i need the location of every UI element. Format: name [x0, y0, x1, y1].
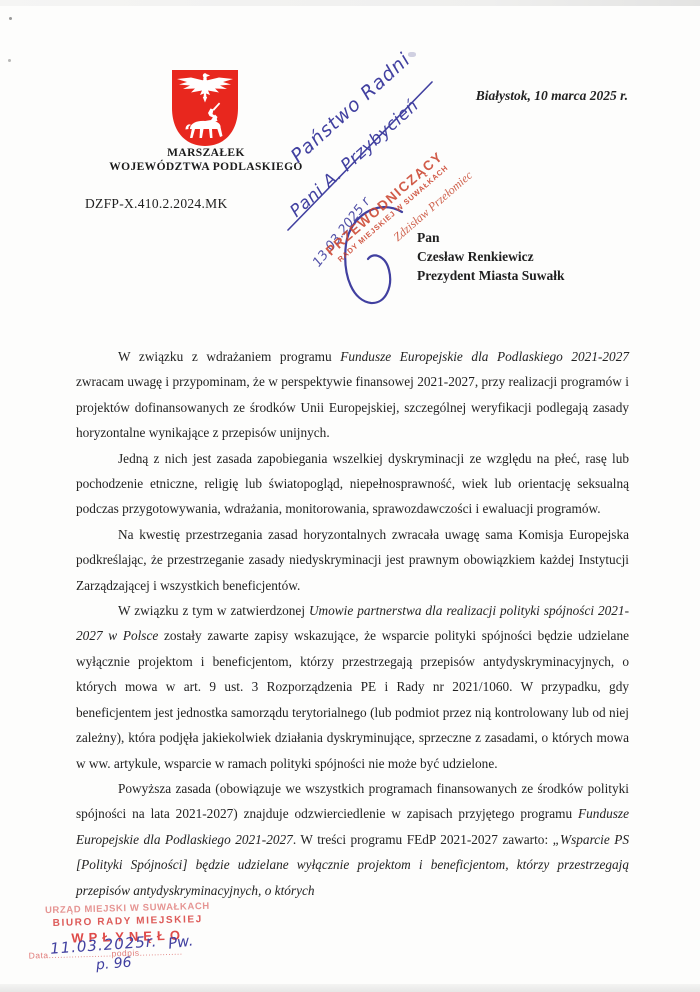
letter-body: W związku z wdrażaniem programu Fundusze…: [76, 344, 629, 903]
body-text: zostały zawarte zapisy wskazujące, że ws…: [76, 628, 629, 770]
receipt-data-label: Data: [28, 950, 48, 961]
addressee-block: Pan Czesław Renkiewicz Prezydent Miasta …: [417, 228, 565, 285]
addressee-salutation: Pan: [417, 228, 565, 247]
scan-edge-top: [0, 0, 700, 6]
body-text: Jedną z nich jest zasada zapobiegania ws…: [76, 451, 629, 517]
addressee-title: Prezydent Miasta Suwałk: [417, 266, 565, 285]
scan-speck: [408, 52, 416, 57]
place-and-date: Białystok, 10 marca 2025 r.: [476, 88, 628, 104]
body-text: zwracam uwagę i przypominam, że w perspe…: [76, 374, 629, 440]
body-paragraph: Jedną z nich jest zasada zapobiegania ws…: [76, 446, 629, 522]
body-paragraph: W związku z wdrażaniem programu Fundusze…: [76, 344, 629, 446]
body-text: Powyższa zasada (obowiązuje we wszystkic…: [76, 781, 629, 821]
reference-number: DZFP-X.410.2.2024.MK: [85, 196, 228, 212]
body-text: . W treści programu FEdP 2021-2027 zawar…: [293, 832, 553, 847]
sender-region: WOJEWÓDZTWA PODLASKIEGO: [106, 161, 306, 175]
addressee-name: Czesław Renkiewicz: [417, 247, 565, 266]
scan-speck: [9, 17, 12, 20]
body-text-italic: Fundusze Europejskie dla Podlaskiego 202…: [340, 349, 629, 364]
podlaskie-coat-of-arms-icon: [170, 68, 240, 148]
body-paragraph: Na kwestię przestrzegania zasad horyzont…: [76, 522, 629, 598]
body-paragraph: Powyższa zasada (obowiązuje we wszystkic…: [76, 776, 629, 903]
sender-block: MARSZAŁEK WOJEWÓDZTWA PODLASKIEGO: [106, 147, 306, 174]
sender-title: MARSZAŁEK: [106, 147, 306, 161]
handwritten-initials: Pw.: [167, 931, 194, 952]
scan-edge-bottom: [0, 984, 700, 992]
body-paragraph: W związku z tym w zatwierdzonej Umowie p…: [76, 598, 629, 776]
body-text: W związku z tym w zatwierdzonej: [118, 603, 309, 618]
scan-speck: [8, 59, 11, 62]
scanned-letter-page: MARSZAŁEK WOJEWÓDZTWA PODLASKIEGO Białys…: [0, 0, 700, 992]
handwritten-page-number: p. 96: [95, 954, 132, 973]
body-text: Na kwestię przestrzegania zasad horyzont…: [76, 527, 629, 593]
body-text: W związku z wdrażaniem programu: [118, 349, 340, 364]
